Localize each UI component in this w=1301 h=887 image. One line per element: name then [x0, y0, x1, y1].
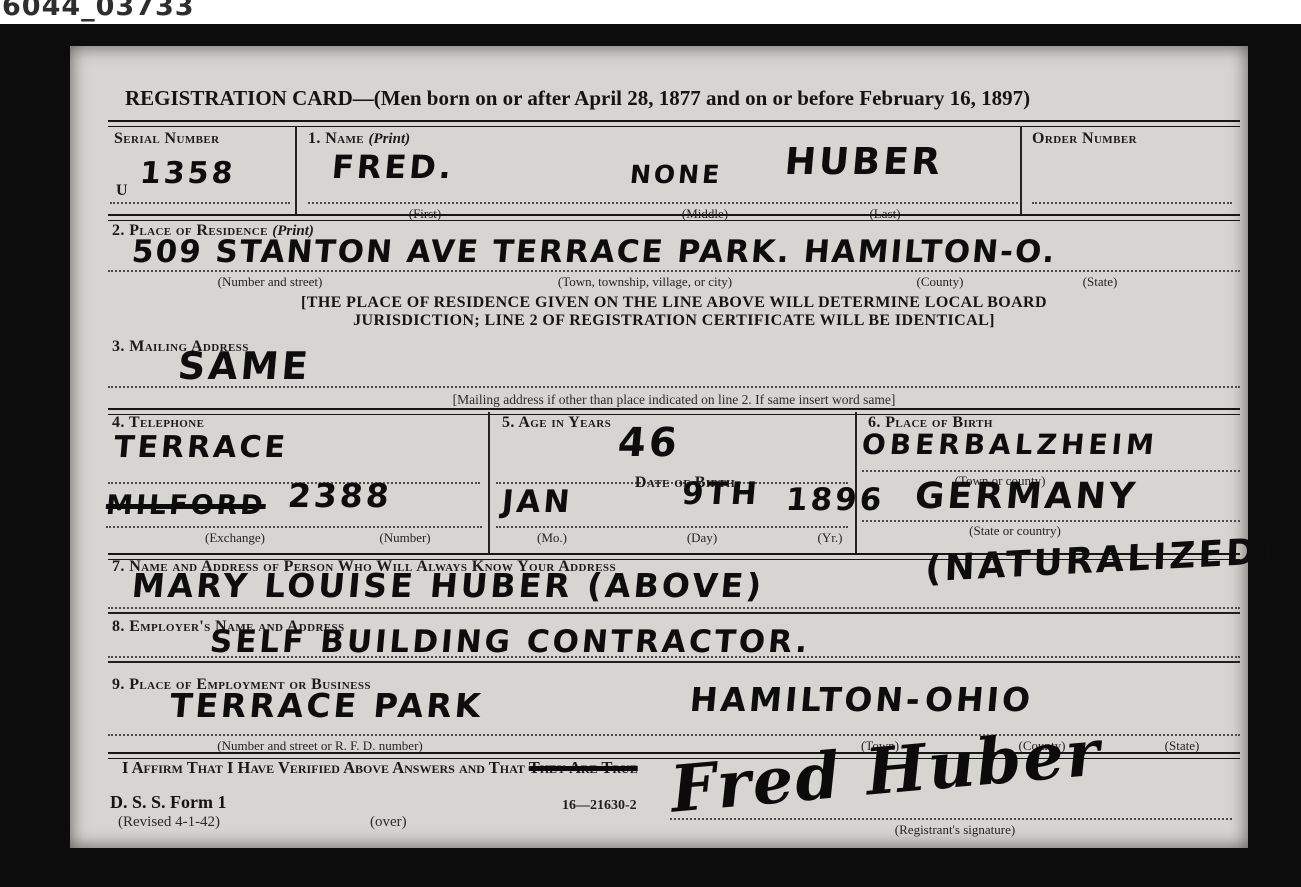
mailing-dotted-line [108, 386, 1240, 388]
month-sublabel: (Mo.) [537, 530, 567, 546]
residence-dotted-line [108, 270, 1240, 272]
residence-value: 509 STANTON AVE TERRACE PARK. HAMILTON-O… [130, 234, 1058, 270]
name-first-value: FRED. [330, 148, 455, 186]
dob-day-value: 9TH [680, 476, 761, 512]
affirmation-text: I Affirm That I Have Verified Above Answ… [122, 758, 529, 777]
telephone-number-value: 2388 [286, 476, 393, 515]
serial-number-value: 1358 [138, 156, 237, 191]
year-sublabel: (Yr.) [818, 530, 843, 546]
dob-dotted-line [496, 526, 848, 528]
jurisdiction-note-line2: JURISDICTION; LINE 2 OF REGISTRATION CER… [108, 312, 1240, 330]
row1-rule [108, 214, 1240, 221]
registration-card: REGISTRATION CARD—(Men born on or after … [70, 46, 1248, 848]
divider-serial-name [295, 126, 297, 216]
contact-dotted-line [108, 607, 1240, 609]
registrant-signature: Fred Huber [668, 715, 1105, 827]
form-revision: (Revised 4-1-42) [118, 814, 220, 831]
number-sublabel: (Number) [379, 530, 430, 546]
dob-month-value: JAN [500, 484, 574, 520]
employment-town-value: HAMILTON- [688, 680, 924, 719]
print-code: 16—21630-2 [562, 798, 637, 814]
residence-number-sublabel: (Number and street) [218, 274, 323, 290]
age-label: 5. Age in Years [502, 414, 611, 432]
header-rule [108, 120, 1240, 127]
employment-place-value: TERRACE PARK [168, 686, 485, 725]
divider-tel-age [488, 412, 490, 553]
exchange-sublabel: (Exchange) [205, 530, 265, 546]
birth-town-value: OBERBALZHEIM [861, 428, 1160, 461]
employment-state-value: OHIO [923, 680, 1034, 719]
name-label: 1. Name (Print) [308, 130, 410, 148]
divider-name-order [1020, 126, 1022, 216]
jurisdiction-note-line1: [THE PLACE OF RESIDENCE GIVEN ON THE LIN… [108, 294, 1240, 312]
affirmation-line: I Affirm That I Have Verified Above Answ… [122, 758, 638, 778]
age-value: 46 [616, 420, 682, 466]
mailing-value: SAME [176, 344, 312, 388]
employer-value: SELF BUILDING CONTRACTOR. [208, 624, 811, 660]
name-last-value: HUBER [783, 140, 945, 183]
signature-sublabel: (Registrant's signature) [895, 822, 1015, 838]
residence-town-sublabel: (Town, township, village, or city) [558, 274, 732, 290]
telephone-struck-exchange: MILFORD [105, 490, 267, 521]
serial-number-label: Serial Number [114, 130, 219, 148]
order-number-label: Order Number [1032, 130, 1137, 148]
serial-dotted-line [110, 202, 290, 204]
card-title: REGISTRATION CARD—(Men born on or after … [125, 86, 1030, 111]
name-middle-value: NONE [629, 160, 724, 189]
contact-solid-line [108, 612, 1240, 614]
mailing-note: [Mailing address if other than place ind… [108, 392, 1240, 408]
name-label-text: 1. Name [308, 130, 364, 147]
over-note: (over) [370, 814, 407, 831]
telephone-exchange-value: TERRACE [112, 430, 289, 465]
birth-country-sublabel: (State or country) [969, 523, 1061, 539]
employer-solid-line [108, 661, 1240, 663]
scan-corner-id: 6044_03733 [2, 0, 195, 22]
name-print-hint: (Print) [368, 131, 410, 147]
day-sublabel: (Day) [687, 530, 717, 546]
birth-dotted-line-1 [862, 470, 1240, 472]
employer-dotted-line [108, 656, 1240, 658]
telephone-dotted-line-2 [106, 526, 482, 528]
serial-prefix: U [116, 182, 128, 200]
order-dotted-line [1032, 202, 1232, 204]
form-number: D. S. S. Form 1 [110, 792, 227, 813]
residence-county-sublabel: (County) [917, 274, 964, 290]
birth-dotted-line-2 [862, 520, 1240, 522]
residence-state-sublabel: (State) [1083, 274, 1118, 290]
name-dotted-line [308, 202, 1018, 204]
row3-rule [108, 408, 1240, 415]
naturalized-annotation: (NATURALIZED) [925, 531, 1279, 591]
dob-year-value: 1896 [784, 482, 885, 518]
contact-value: MARY LOUISE HUBER (ABOVE) [130, 566, 766, 605]
birth-country-value: GERMANY [913, 476, 1139, 517]
affirmation-struck-text: They Are True [529, 758, 638, 777]
